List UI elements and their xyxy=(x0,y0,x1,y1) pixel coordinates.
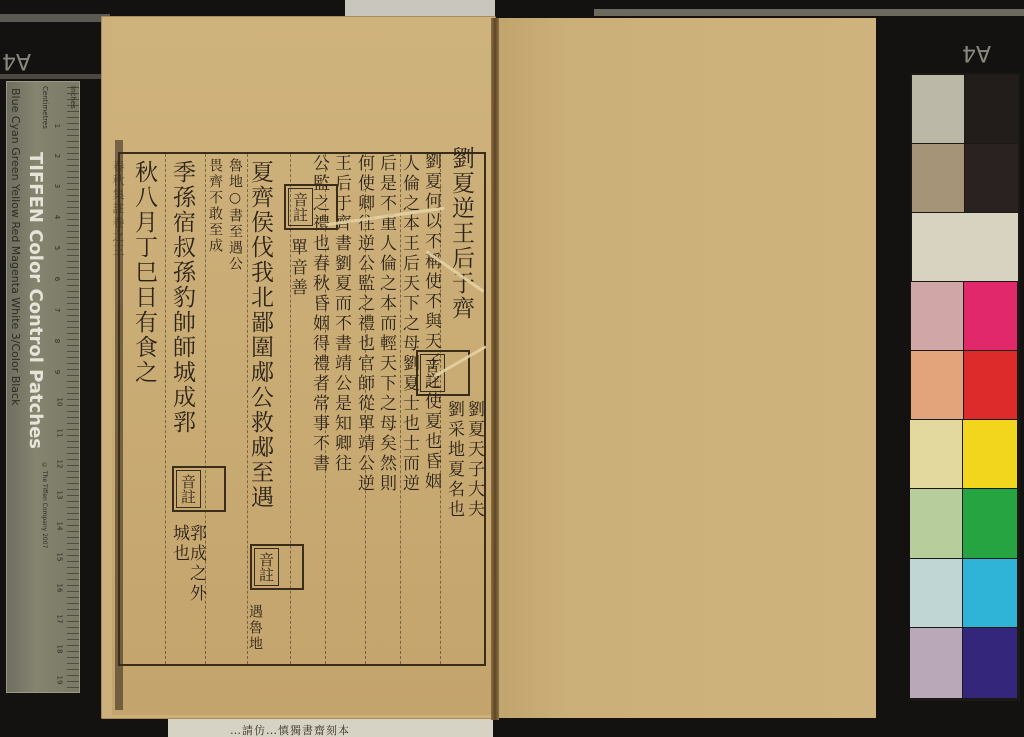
text-column-note: 劉采地夏名也 xyxy=(445,400,462,520)
color-patch xyxy=(963,420,1017,488)
yinzhu-badge: 音註 xyxy=(172,466,226,512)
color-patch xyxy=(963,628,1017,698)
color-patch xyxy=(910,420,962,488)
background-strip xyxy=(0,14,110,22)
ruler-number: 9 xyxy=(53,370,61,374)
text-column-note: 人倫之本王后天下之母劉夏士也士而逆 xyxy=(400,154,417,494)
ruler-number: 8 xyxy=(53,339,61,343)
ruler-copyright: © The Tiffen Company 2007 xyxy=(41,462,48,548)
ruler-color-labels: Blue Cyan Green Yellow Red Magenta White… xyxy=(9,88,22,405)
color-patch xyxy=(910,559,962,627)
paper-slip-inscription: …請仿…慎獨書齋刻本 xyxy=(230,722,350,737)
ruler-ticks xyxy=(67,82,79,692)
a4-mark: A4 xyxy=(2,48,31,73)
ruler-unit-cm: Centimetres xyxy=(41,86,49,129)
tiffen-ruler: Blue Cyan Green Yellow Red Magenta White… xyxy=(6,81,80,693)
text-column-note: 郛成之外城也 xyxy=(170,524,204,604)
book-spine xyxy=(491,18,499,720)
color-control-chart xyxy=(910,73,1020,701)
text-column-note: 后是不重人倫之本而輕天下之母矣然則 xyxy=(377,154,394,494)
ruler-number: 2 xyxy=(53,154,61,158)
right-page-blank xyxy=(498,18,876,718)
background-strip xyxy=(0,74,112,79)
text-column-main: 劉夏逆王后于齊 xyxy=(449,146,472,356)
color-patch xyxy=(911,351,963,419)
ruler-number: 14 xyxy=(55,522,63,531)
ruler-number: 13 xyxy=(55,491,63,500)
text-column-note: 劉夏天子大夫 xyxy=(465,400,482,520)
ruler-brand: TIFFEN Color Control Patches xyxy=(25,152,46,449)
text-column-main: 夏齊侯伐我北鄙圍郕公救郕至遇 xyxy=(248,160,271,510)
color-patch xyxy=(965,144,1018,212)
ruler-number: 7 xyxy=(53,308,61,312)
margin-label: 春秋集註卷之三 xyxy=(112,160,124,258)
text-column-note: 遇魯地 xyxy=(248,604,262,652)
ruler-unit-in: Inches xyxy=(69,86,77,109)
text-column-main: 秋八月丁巳日有食之 xyxy=(132,160,155,385)
color-patch xyxy=(964,282,1017,350)
ruler-number: 1 xyxy=(53,124,61,128)
a4-mark: A4 xyxy=(962,40,991,65)
ruler-number: 19 xyxy=(55,676,63,685)
background-strip xyxy=(594,9,1024,16)
color-patch xyxy=(963,559,1017,627)
text-column-note: 單音善 xyxy=(288,238,305,298)
text-column-note: 畏齊不敢至成 xyxy=(208,158,222,254)
text-column-note: 魯地○書至遇公 xyxy=(228,158,242,272)
text-column-note: 劉夏何以不稱使不與天子之使夏也昏姻 xyxy=(422,152,439,492)
color-patch xyxy=(965,75,1018,143)
ruler-number: 6 xyxy=(53,277,61,281)
ruler-number: 5 xyxy=(53,246,61,250)
color-patch xyxy=(912,213,1018,281)
color-patch xyxy=(963,489,1017,558)
text-column-note: 何使卿往逆公監之禮也官師從單靖公逆 xyxy=(355,154,372,494)
color-patch xyxy=(912,144,964,212)
ruler-number: 10 xyxy=(55,398,63,407)
ruler-number: 16 xyxy=(55,584,63,593)
ruler-number: 4 xyxy=(53,215,61,219)
ruler-number: 17 xyxy=(55,615,63,624)
ruler-number: 18 xyxy=(55,645,63,654)
color-patch xyxy=(911,282,963,350)
ruler-number: 11 xyxy=(55,429,63,438)
color-patch xyxy=(910,628,962,698)
color-patch xyxy=(964,351,1017,419)
color-patch xyxy=(910,489,962,558)
color-patch xyxy=(912,75,964,143)
ruler-number: 3 xyxy=(53,184,61,188)
yinzhu-badge: 音註 xyxy=(250,544,304,590)
text-column-main: 季孫宿叔孫豹帥師城成郛 xyxy=(170,160,193,435)
printed-text-frame: 劉夏逆王后于齊 音註 劉夏天子大夫 劉采地夏名也 劉夏何以不稱使不與天子之使夏也… xyxy=(118,152,486,666)
ruler-number: 12 xyxy=(55,460,63,469)
ruler-number: 15 xyxy=(55,553,63,562)
